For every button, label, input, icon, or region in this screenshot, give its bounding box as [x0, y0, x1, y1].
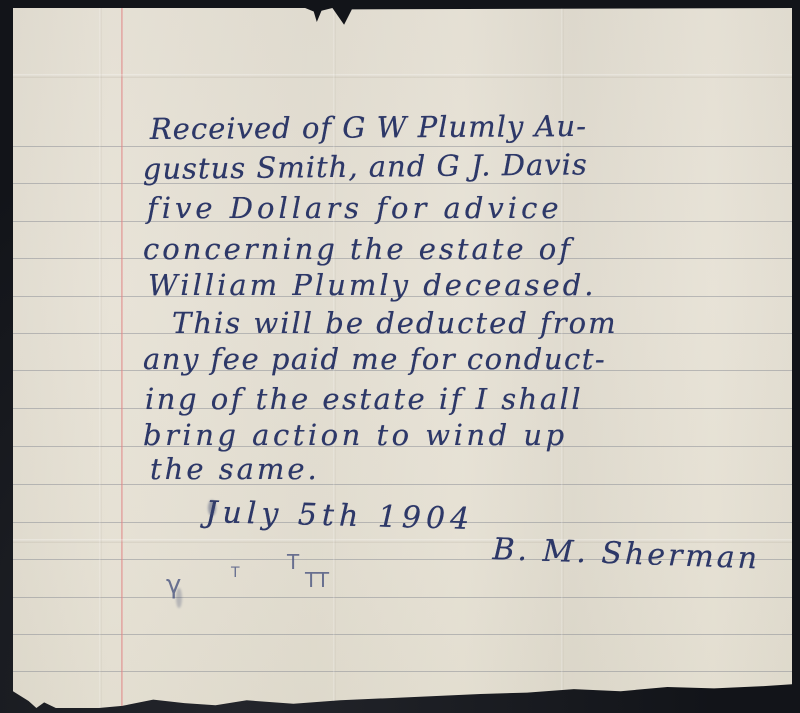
ruled-line	[13, 146, 792, 147]
ink-smudge	[176, 588, 182, 608]
fold-crease	[13, 74, 792, 78]
handwritten-line-5: William Plumly deceased.	[148, 268, 597, 302]
red-margin-line	[121, 8, 123, 708]
handwritten-line-9: bring action to wind up	[143, 418, 568, 452]
ruled-line	[13, 634, 792, 635]
ruled-line	[13, 597, 792, 598]
stray-ink-mark: T	[231, 565, 240, 581]
handwritten-line-7: any fee paid me for conduct-	[143, 342, 606, 376]
handwritten-line-8: ing of the estate if I shall	[145, 382, 583, 416]
stray-ink-mark: TT	[305, 568, 329, 592]
handwritten-line-4: concerning the estate of	[143, 232, 573, 266]
handwritten-line-1: Received of G W Plumly Au-	[150, 109, 587, 146]
ruled-line	[13, 671, 792, 672]
handwritten-line-6: This will be deducted from	[172, 306, 618, 340]
ruled-line	[13, 484, 792, 485]
handwritten-line-2: gustus Smith, and G J. Davis	[143, 147, 588, 186]
handwritten-line-3: five Dollars for advice	[147, 191, 562, 225]
ink-smudge	[208, 500, 216, 516]
fold-crease	[99, 8, 102, 708]
stray-ink-mark: T	[287, 550, 299, 574]
handwritten-line-10: the same.	[150, 452, 320, 486]
handwritten-date: July 5th 1904	[205, 495, 475, 537]
